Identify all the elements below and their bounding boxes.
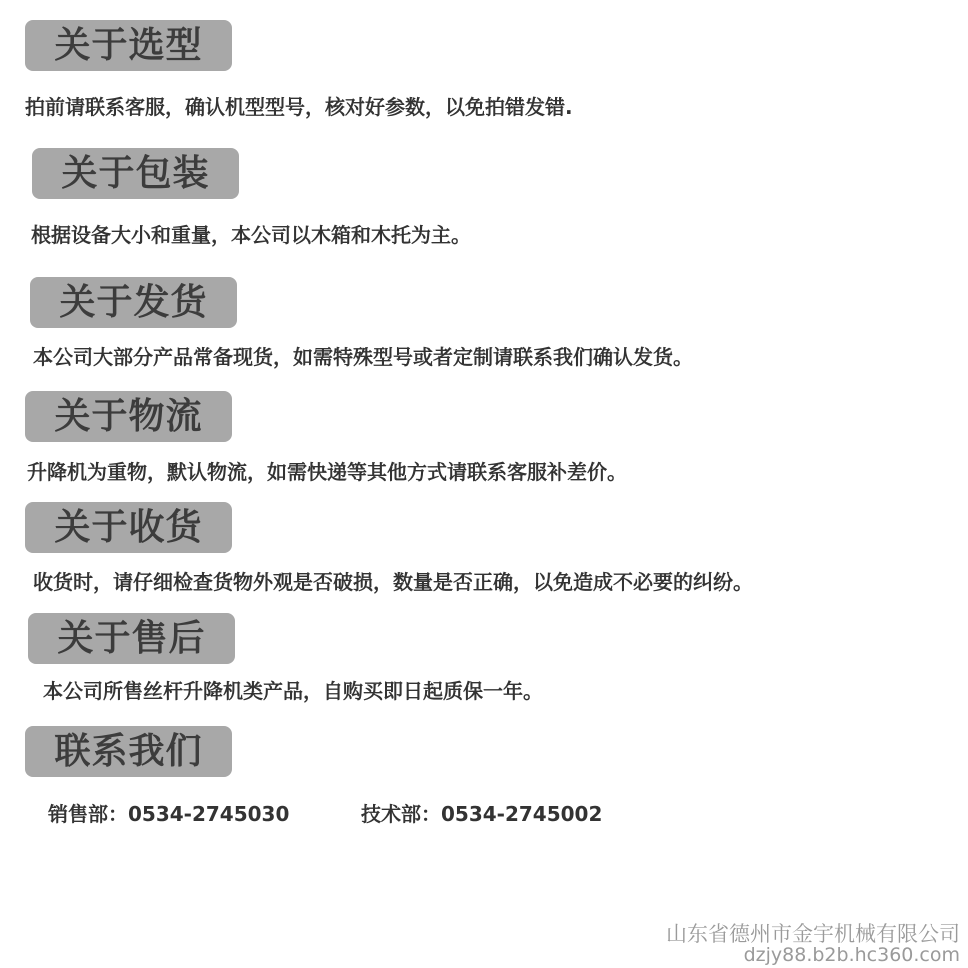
- section-header-logistics: 关于物流: [25, 391, 232, 442]
- section-text-packaging: 根据设备大小和重量，本公司以木箱和木托为主。: [31, 225, 471, 245]
- watermark-company: 山东省德州市金宇机械有限公司: [666, 924, 960, 945]
- section-header-packaging: 关于包装: [32, 148, 239, 199]
- section-text-shipping: 本公司大部分产品常备现货，如需特殊型号或者定制请联系我们确认发货。: [33, 347, 693, 367]
- sales-phone: 销售部：0534-2745030: [48, 804, 289, 824]
- section-title: 关于包装: [61, 156, 209, 192]
- section-title: 联系我们: [54, 734, 202, 770]
- section-text-selection: 拍前请联系客服，确认机型型号，核对好参数，以免拍错发错.: [25, 97, 573, 117]
- section-title: 关于售后: [57, 621, 205, 657]
- section-title: 关于发货: [59, 285, 207, 321]
- section-header-selection: 关于选型: [25, 20, 232, 71]
- section-header-contact: 联系我们: [25, 726, 232, 777]
- tech-phone: 技术部：0534-2745002: [361, 804, 602, 824]
- section-header-after-sales: 关于售后: [28, 613, 235, 664]
- section-text-logistics: 升降机为重物，默认物流，如需快递等其他方式请联系客服补差价。: [27, 462, 627, 482]
- section-title: 关于物流: [54, 399, 202, 435]
- section-text-after-sales: 本公司所售丝杆升降机类产品，自购买即日起质保一年。: [43, 681, 543, 701]
- section-header-shipping: 关于发货: [30, 277, 237, 328]
- watermark-site: dzjy88.b2b.hc360.com: [744, 946, 960, 965]
- section-header-receiving: 关于收货: [25, 502, 232, 553]
- section-text-receiving: 收货时，请仔细检查货物外观是否破损，数量是否正确，以免造成不必要的纠纷。: [33, 572, 753, 592]
- section-title: 关于收货: [54, 510, 202, 546]
- section-title: 关于选型: [54, 28, 202, 64]
